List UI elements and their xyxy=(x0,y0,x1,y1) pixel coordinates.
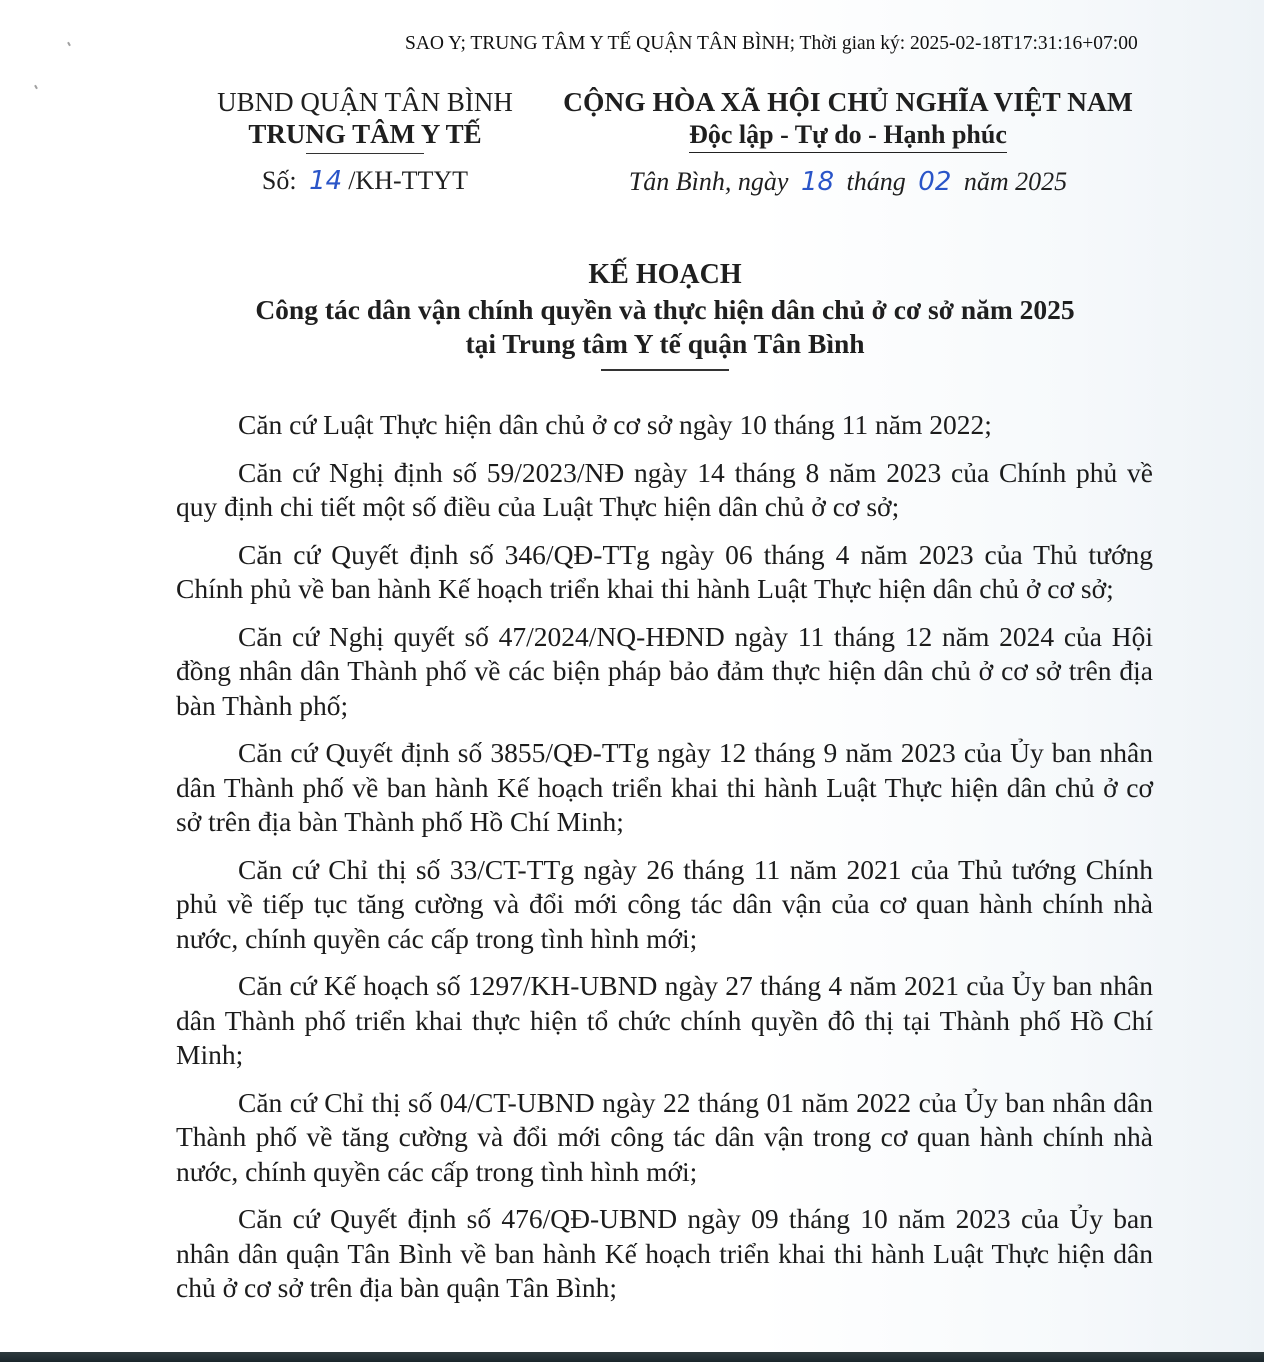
scan-speck xyxy=(67,42,71,46)
number-prefix: Số: xyxy=(262,166,297,195)
national-motto: Độc lập - Tự do - Hạnh phúc xyxy=(689,118,1007,153)
legal-basis-paragraph: Căn cứ Quyết định số 476/QĐ-UBND ngày 09… xyxy=(176,1202,1153,1306)
legal-basis-paragraph: Căn cứ Quyết định số 3855/QĐ-TTg ngày 12… xyxy=(176,736,1153,840)
document-page: SAO Y; TRUNG TÂM Y TẾ QUẬN TÂN BÌNH; Thờ… xyxy=(0,0,1264,1352)
digital-signature-stamp: SAO Y; TRUNG TÂM Y TẾ QUẬN TÂN BÌNH; Thờ… xyxy=(405,33,1235,55)
document-number: Số: 14/KH-TTYT xyxy=(200,166,530,196)
subject-line-2: tại Trung tâm Y tế quận Tân Bình xyxy=(170,327,1160,361)
subject-line-1: Công tác dân vận chính quyền và thực hiệ… xyxy=(170,293,1160,327)
number-suffix: /KH-TTYT xyxy=(348,166,468,195)
legal-basis-paragraph: Căn cứ Nghị định số 59/2023/NĐ ngày 14 t… xyxy=(176,456,1153,525)
parent-agency: UBND QUẬN TÂN BÌNH xyxy=(200,86,530,118)
handwritten-month: 02 xyxy=(912,167,957,197)
scan-speck xyxy=(34,85,38,89)
legal-basis-paragraph: Căn cứ Quyết định số 346/QĐ-TTg ngày 06 … xyxy=(176,538,1153,607)
taskbar xyxy=(0,1352,1264,1362)
legal-basis-paragraph: Căn cứ Chỉ thị số 33/CT-TTg ngày 26 thán… xyxy=(176,853,1153,957)
legal-basis-paragraph: Căn cứ Nghị quyết số 47/2024/NQ-HĐND ngà… xyxy=(176,620,1153,724)
document-body: Căn cứ Luật Thực hiện dân chủ ở cơ sở ng… xyxy=(176,408,1153,1319)
document-title: KẾ HOẠCH Công tác dân vận chính quyền và… xyxy=(170,257,1160,371)
national-header: CỘNG HÒA XÃ HỘI CHỦ NGHĨA VIỆT NAM Độc l… xyxy=(548,86,1148,197)
date-place: Tân Bình, ngày xyxy=(629,167,789,196)
legal-basis-paragraph: Căn cứ Chỉ thị số 04/CT-UBND ngày 22 thá… xyxy=(176,1086,1153,1190)
handwritten-number: 14 xyxy=(303,166,348,196)
nation-title: CỘNG HÒA XÃ HỘI CHỦ NGHĨA VIỆT NAM xyxy=(548,86,1148,118)
legal-basis-paragraph: Căn cứ Luật Thực hiện dân chủ ở cơ sở ng… xyxy=(176,408,1153,443)
month-label: tháng xyxy=(847,167,906,196)
agency-underline xyxy=(306,153,424,154)
title-underline xyxy=(601,369,729,371)
year-label: năm 2025 xyxy=(964,167,1067,196)
handwritten-day: 18 xyxy=(795,167,840,197)
document-type: KẾ HOẠCH xyxy=(170,257,1160,293)
issuing-agency-header: UBND QUẬN TÂN BÌNH TRUNG TÂM Y TẾ Số: 14… xyxy=(200,86,530,196)
issuing-agency: TRUNG TÂM Y TẾ xyxy=(200,118,530,150)
issue-date: Tân Bình, ngày 18 tháng 02 năm 2025 xyxy=(548,167,1148,197)
legal-basis-paragraph: Căn cứ Kế hoạch số 1297/KH-UBND ngày 27 … xyxy=(176,969,1153,1073)
